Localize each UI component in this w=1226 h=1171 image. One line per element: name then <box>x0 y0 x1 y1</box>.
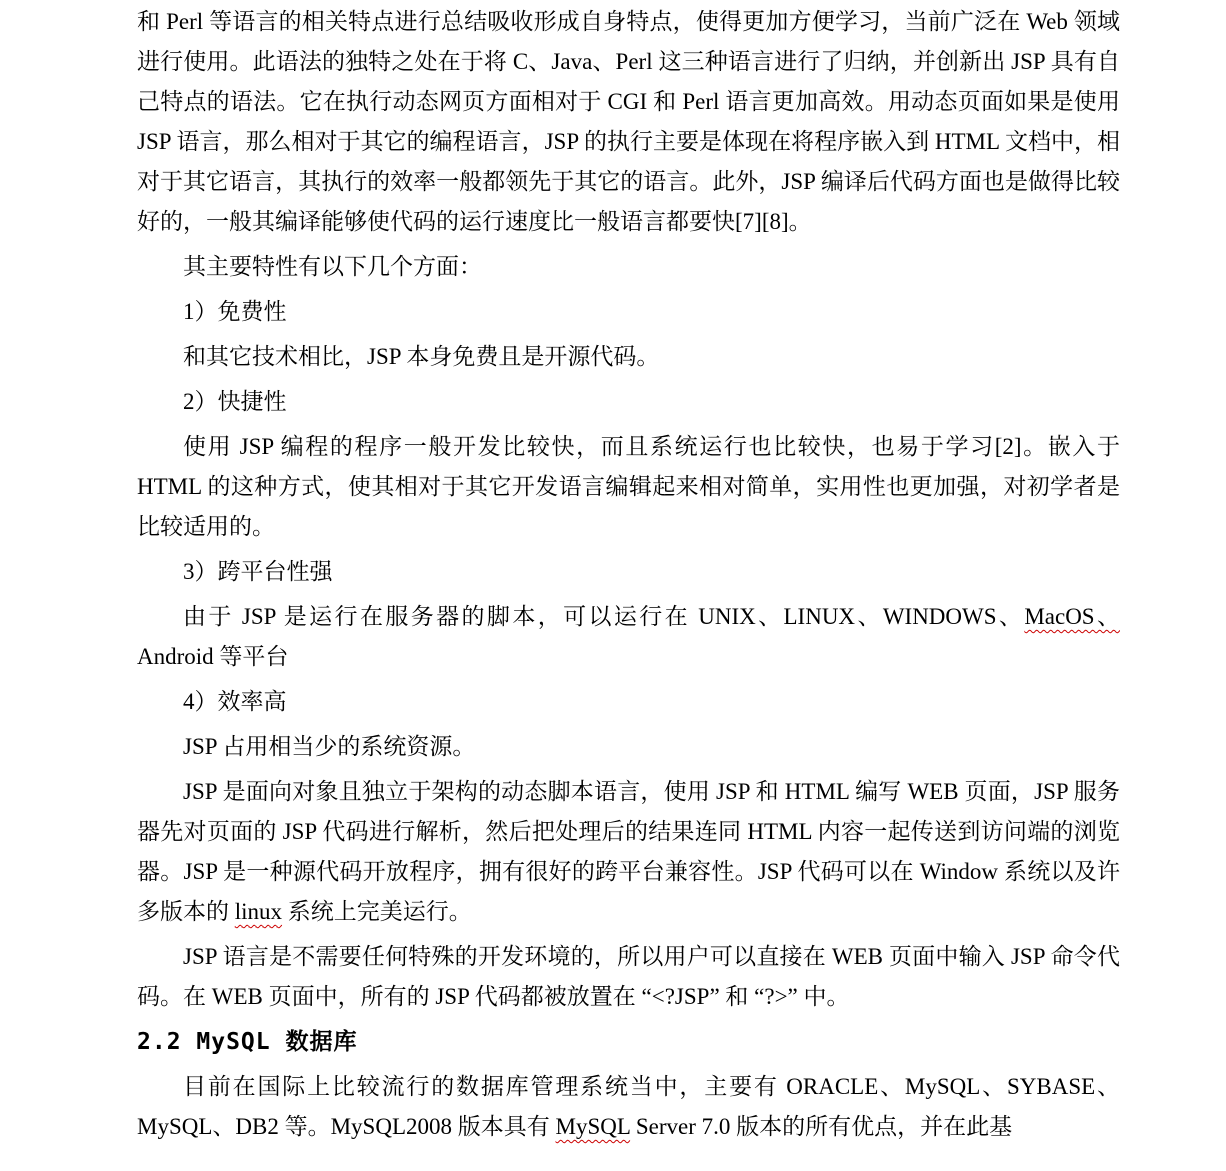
text-segment: 其主要特性有以下几个方面： <box>183 254 482 279</box>
spellcheck-squiggle-text: MacOS、 <box>1024 604 1120 629</box>
paragraph: 和其它技术相比，JSP 本身免费且是开源代码。 <box>137 337 1120 377</box>
text-segment: JSP 语言是不需要任何特殊的开发环境的，所以用户可以直接在 WEB 页面中输入… <box>137 944 1120 1009</box>
paragraph: 其主要特性有以下几个方面： <box>137 247 1120 287</box>
document-page: 和 Perl 等语言的相关特点进行总结吸收形成自身特点，使得更加方便学习，当前广… <box>0 0 1226 1171</box>
spellcheck-squiggle-text: linux <box>235 899 282 924</box>
text-segment: Android 等平台 <box>137 644 288 669</box>
paragraph: 1）免费性 <box>137 292 1120 332</box>
text-segment: 1）免费性 <box>183 299 287 324</box>
text-segment: 4）效率高 <box>183 689 287 714</box>
paragraph: JSP 是面向对象且独立于架构的动态脚本语言，使用 JSP 和 HTML 编写 … <box>137 772 1120 932</box>
paragraph: 和 Perl 等语言的相关特点进行总结吸收形成自身特点，使得更加方便学习，当前广… <box>137 2 1120 242</box>
paragraph: 由于 JSP 是运行在服务器的脚本，可以运行在 UNIX、LINUX、WINDO… <box>137 597 1120 677</box>
text-segment: 系统上完美运行。 <box>282 899 472 924</box>
paragraph: 目前在国际上比较流行的数据库管理系统当中，主要有 ORACLE、MySQL、SY… <box>137 1067 1120 1147</box>
section-heading: 2.2 MySQL 数据库 <box>137 1022 1120 1062</box>
paragraph: 2）快捷性 <box>137 382 1120 422</box>
text-segment: 2.2 MySQL 数据库 <box>137 1029 357 1055</box>
text-segment: 和 Perl 等语言的相关特点进行总结吸收形成自身特点，使得更加方便学习，当前广… <box>137 9 1120 234</box>
paragraph: 4）效率高 <box>137 682 1120 722</box>
text-segment: 2）快捷性 <box>183 389 287 414</box>
text-segment: 3）跨平台性强 <box>183 559 333 584</box>
paragraph: JSP 占用相当少的系统资源。 <box>137 727 1120 767</box>
paragraph: 3）跨平台性强 <box>137 552 1120 592</box>
text-segment: 使用 JSP 编程的程序一般开发比较快，而且系统运行也比较快，也易于学习[2]。… <box>137 434 1120 539</box>
text-segment: 由于 JSP 是运行在服务器的脚本，可以运行在 UNIX、LINUX、WINDO… <box>183 604 1024 629</box>
text-segment: Server 7.0 版本的所有优点，并在此基 <box>630 1114 1012 1139</box>
text-segment: JSP 占用相当少的系统资源。 <box>183 734 475 759</box>
text-segment: 和其它技术相比，JSP 本身免费且是开源代码。 <box>183 344 659 369</box>
paragraph: 使用 JSP 编程的程序一般开发比较快，而且系统运行也比较快，也易于学习[2]。… <box>137 427 1120 547</box>
spellcheck-squiggle-text: MySQL <box>556 1114 631 1139</box>
paragraph: JSP 语言是不需要任何特殊的开发环境的，所以用户可以直接在 WEB 页面中输入… <box>137 937 1120 1017</box>
document-body: 和 Perl 等语言的相关特点进行总结吸收形成自身特点，使得更加方便学习，当前广… <box>137 2 1120 1152</box>
